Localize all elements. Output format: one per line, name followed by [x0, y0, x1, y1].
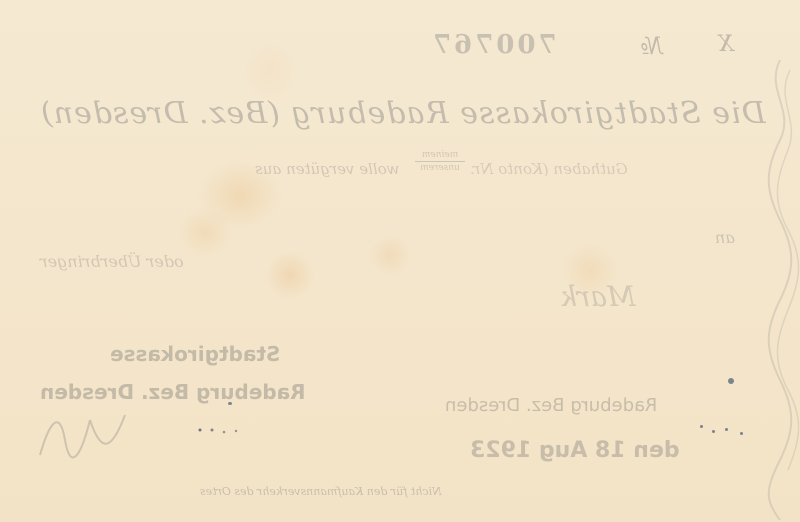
border-ornament-icon: [760, 60, 800, 520]
dotted-marks-icon: [190, 415, 270, 445]
ink-spot: [728, 378, 734, 384]
ink-spot: [700, 425, 703, 428]
date-stamp: den 18 Aug 1923: [470, 438, 680, 463]
ink-spot: [228, 402, 232, 405]
currency-label: Mark: [560, 280, 636, 313]
ink-spot: [712, 430, 715, 433]
fraction-choice: meinem unserem: [415, 150, 465, 173]
series-letter: X: [718, 32, 734, 57]
payee-prefix: an: [715, 228, 735, 247]
pay-instruction: wolle vergüten aus: [255, 160, 400, 178]
bank-title: Die Stadtgirokasse Radeburg (Bez. Dresde…: [40, 96, 766, 131]
fraction-bottom: unserem: [415, 163, 465, 173]
fraction-line: [415, 161, 465, 162]
fraction-top: meinem: [415, 150, 465, 160]
footer-note: Nicht für den Kaufmannsverkehr des Ortes: [200, 485, 442, 498]
bearer-text: oder Überbringer: [40, 252, 184, 271]
stamp-line-1: Stadtgirokasse: [110, 342, 280, 366]
signature-scribble-icon: [30, 400, 140, 470]
number-sign: №: [640, 32, 663, 60]
serial-number: 700767: [430, 30, 557, 60]
account-text: Guthaben (Konto Nr.: [470, 160, 628, 178]
place-stamp: Radeburg Bez. Dresden: [445, 395, 657, 416]
ink-spot: [740, 432, 743, 435]
ink-spot: [725, 428, 728, 431]
check-reverse-page: X № 700767 Die Stadtgirokasse Radeburg (…: [0, 0, 800, 522]
